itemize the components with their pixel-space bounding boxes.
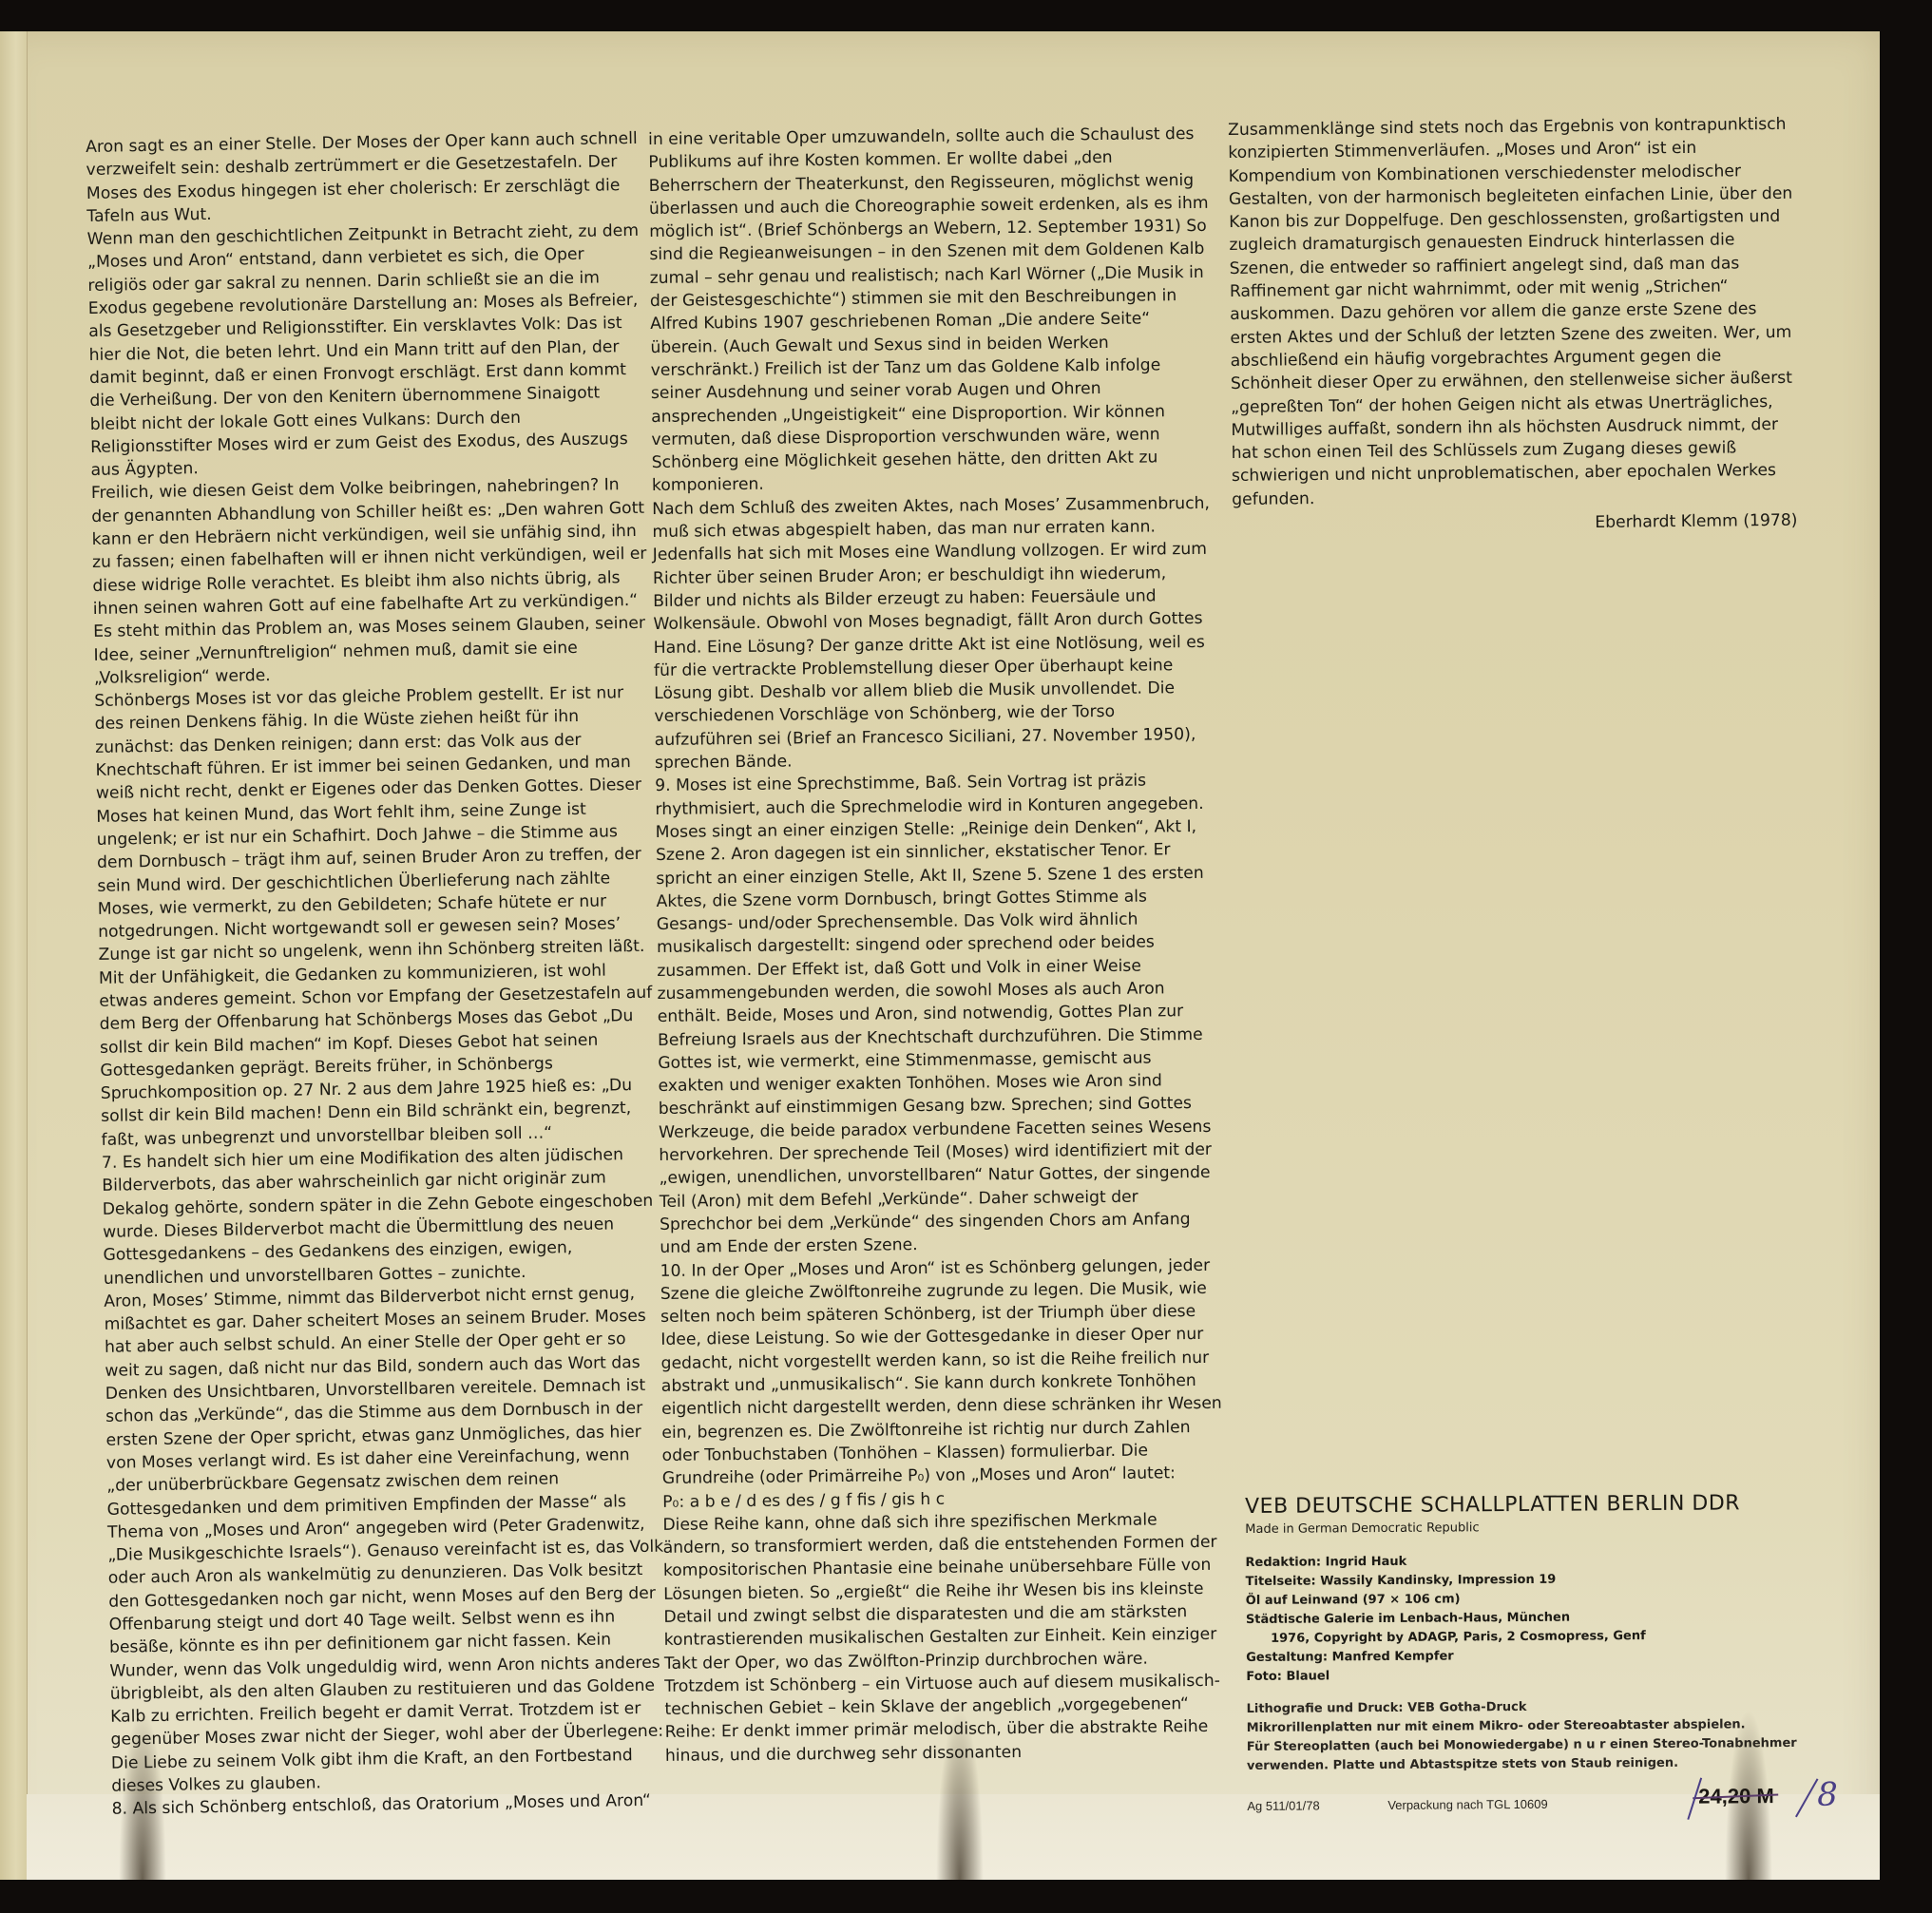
paragraph: Zusammenklänge sind stets noch das Ergeb… [1228, 113, 1797, 511]
paragraph: Diese Reihe kann, ohne daß sich ihre spe… [662, 1508, 1225, 1675]
record-sleeve-back: Aron sagt es an einer Stelle. Der Moses … [0, 31, 1880, 1880]
publisher-name: VEB DEUTSCHE SCHALLPLATTEN BERLIN DDR [1245, 1491, 1834, 1519]
country-of-origin: Made in German Democratic Republic [1245, 1519, 1834, 1537]
paragraph: Schönbergs Moses ist vor das gleiche Pro… [94, 681, 658, 1152]
paragraph: 7. Es handelt sich hier um eine Modifika… [102, 1143, 660, 1291]
paragraph: 9. Moses ist eine Sprechstimme, Baß. Sei… [655, 769, 1220, 1259]
paragraph: Nach dem Schluß des zweiten Aktes, nach … [652, 492, 1215, 775]
paragraph: Freilich, wie diesen Geist dem Volke bei… [91, 473, 650, 690]
paragraph: Wenn man den geschichtlichen Zeitpunkt i… [87, 220, 647, 482]
text-column-3: Zusammenklänge sind stets noch das Ergeb… [1228, 113, 1798, 539]
paragraph: Aron, Moses’ Stimme, nimmt das Bilderver… [104, 1282, 667, 1799]
text-column-1: Aron sagt es an einer Stelle. Der Moses … [86, 127, 668, 1822]
paragraph: Trotzdem ist Schönberg – ein Virtuose au… [664, 1670, 1226, 1768]
author-signature: Eberhardt Klemm (1978) [1232, 509, 1797, 539]
printing-notes: Lithografie und Druck: VEB Gotha-Druck M… [1247, 1696, 1837, 1776]
catalog-number: Ag 511/01/78 [1247, 1798, 1319, 1813]
publisher-imprint: VEB DEUTSCHE SCHALLPLATTEN BERLIN DDR Ma… [1245, 1491, 1836, 1822]
credits-list: Redaktion: Ingrid Hauk Titelseite: Wassi… [1245, 1550, 1835, 1687]
text-column-2: in eine veritable Oper umzuwandeln, soll… [648, 123, 1226, 1768]
catalog-footer: Ag 511/01/78 Verpackung nach TGL 10609 2… [1247, 1789, 1836, 1822]
handwritten-price: 8 [1817, 1776, 1838, 1814]
printing-line: verwenden. Platte und Abtastspitze stets… [1247, 1753, 1836, 1776]
paragraph: Aron sagt es an einer Stelle. Der Moses … [86, 127, 642, 228]
paragraph: 10. In der Oper „Moses und Aron“ ist es … [660, 1253, 1223, 1490]
pen-stroke [1795, 1778, 1818, 1817]
packaging-standard: Verpackung nach TGL 10609 [1387, 1797, 1548, 1812]
price-label: 24,20 M [1698, 1784, 1774, 1809]
paragraph: in eine veritable Oper umzuwandeln, soll… [648, 123, 1213, 498]
